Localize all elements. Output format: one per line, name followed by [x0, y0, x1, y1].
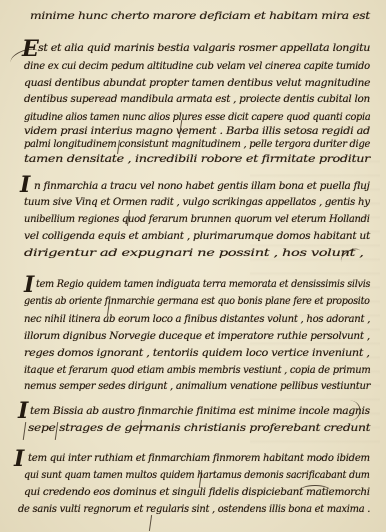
text-line: tem Regio quidem tamen indiguata terra m…: [36, 278, 370, 290]
paragraph-initial: E: [22, 36, 39, 62]
text-line: tamen densitate , incredibili robore et …: [24, 153, 370, 165]
text-line: vel colligenda equis et ambiant , plurim…: [24, 230, 370, 242]
ink-flourish: [340, 401, 361, 421]
paragraph-initial: I: [14, 446, 24, 472]
text-line: dine ex cui decim pedum altitudine cub v…: [24, 60, 370, 72]
text-line: gitudine alios tamen nunc alios plures e…: [24, 111, 370, 123]
text-line: tuum sive Vinq et Ormen radit , vulgo sc…: [24, 196, 370, 208]
text-line: qui sunt quam tamen multos quidem hartam…: [24, 469, 370, 481]
text-line: reges domos ignorant , tentoriis quidem …: [24, 347, 370, 359]
text-line: gentis ab oriente finmarchie germana est…: [24, 295, 370, 307]
text-line: de sanis vulti regnorum et regularis sin…: [18, 503, 370, 515]
text-line: tem qui inter ruthiam et finmarchiam fin…: [28, 452, 370, 464]
paragraph-initial: I: [20, 172, 30, 198]
text-line: illorum dignibus Norvegie duceque et imp…: [24, 330, 370, 342]
text-line: dentibus superead mandibula armata est ,…: [24, 93, 370, 105]
paragraph-initial: I: [18, 398, 28, 424]
text-line: videm prasi interius magno vement . Barb…: [24, 125, 370, 137]
text-line: nec nihil itinera ab eorum loco a finibu…: [24, 313, 370, 325]
text-line: quasi dentibus abundat propter tamen den…: [24, 77, 370, 89]
text-line: st et alia quid marinis bestia valgaris …: [38, 42, 370, 54]
text-line: palmi longitudinem consistunt magnitudin…: [24, 138, 370, 150]
text-line: nemus semper sedes dirigunt , animalium …: [24, 380, 370, 392]
text-line: dirigentur ad expugnari ne possint , hos…: [24, 247, 364, 259]
text-line: unibellium regiones quod ferarum brunnen…: [24, 213, 370, 225]
ink-descender: [23, 422, 27, 440]
text-line: n finmarchia a tracu vel nono habet gent…: [34, 180, 370, 192]
text-line: sepe strages de germanis christianis pro…: [28, 422, 370, 434]
text-line: minime hunc cherto marore deficiam et ha…: [30, 11, 370, 22]
ink-descender: [149, 515, 153, 531]
text-line: tem Bissia ab austro finmarchie finitima…: [30, 405, 370, 417]
text-line: itaque et ferarum quod etiam ambis membr…: [24, 364, 370, 376]
manuscript-page: minime hunc cherto marore deficiam et ha…: [0, 0, 386, 532]
ink-flourish: [300, 485, 330, 496]
